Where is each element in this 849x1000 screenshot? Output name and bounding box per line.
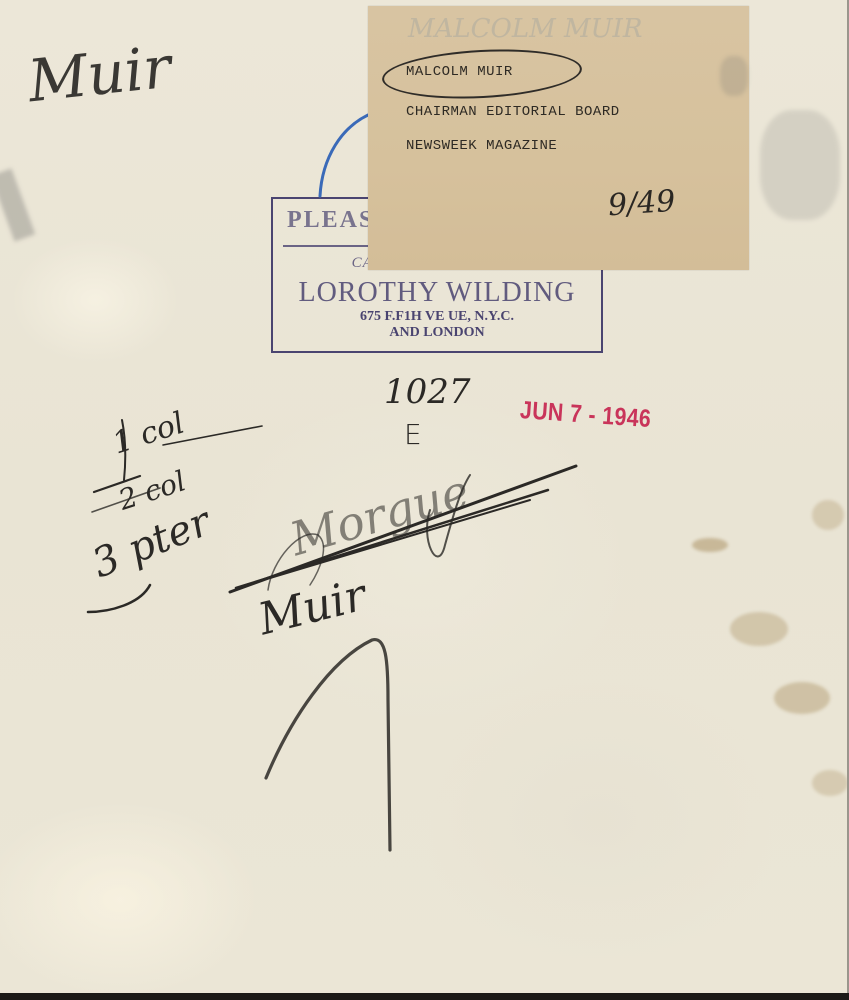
margin-stroke bbox=[88, 585, 150, 612]
label-title: CHAIRMAN EDITORIAL BOARD bbox=[406, 104, 620, 120]
caption-label: MALCOLM MUIR MALCOLM MUIR CHAIRMAN EDITO… bbox=[368, 6, 749, 270]
file-number: 1027 bbox=[384, 372, 471, 412]
label-stain bbox=[720, 56, 748, 96]
label-name: MALCOLM MUIR bbox=[406, 64, 513, 80]
ghost-signature: MALCOLM MUIR bbox=[408, 14, 642, 44]
label-publication: NEWSWEEK MAGAZINE bbox=[406, 138, 557, 154]
file-letter: E bbox=[404, 418, 422, 451]
hook-stroke bbox=[266, 640, 390, 850]
photo-back-sheet: Muir PLEAS CAMERA PORTRAIT BY LOROTHY WI… bbox=[0, 0, 849, 993]
label-handwritten-date: 9/49 bbox=[607, 184, 677, 224]
blue-pencil-arc bbox=[320, 112, 375, 196]
